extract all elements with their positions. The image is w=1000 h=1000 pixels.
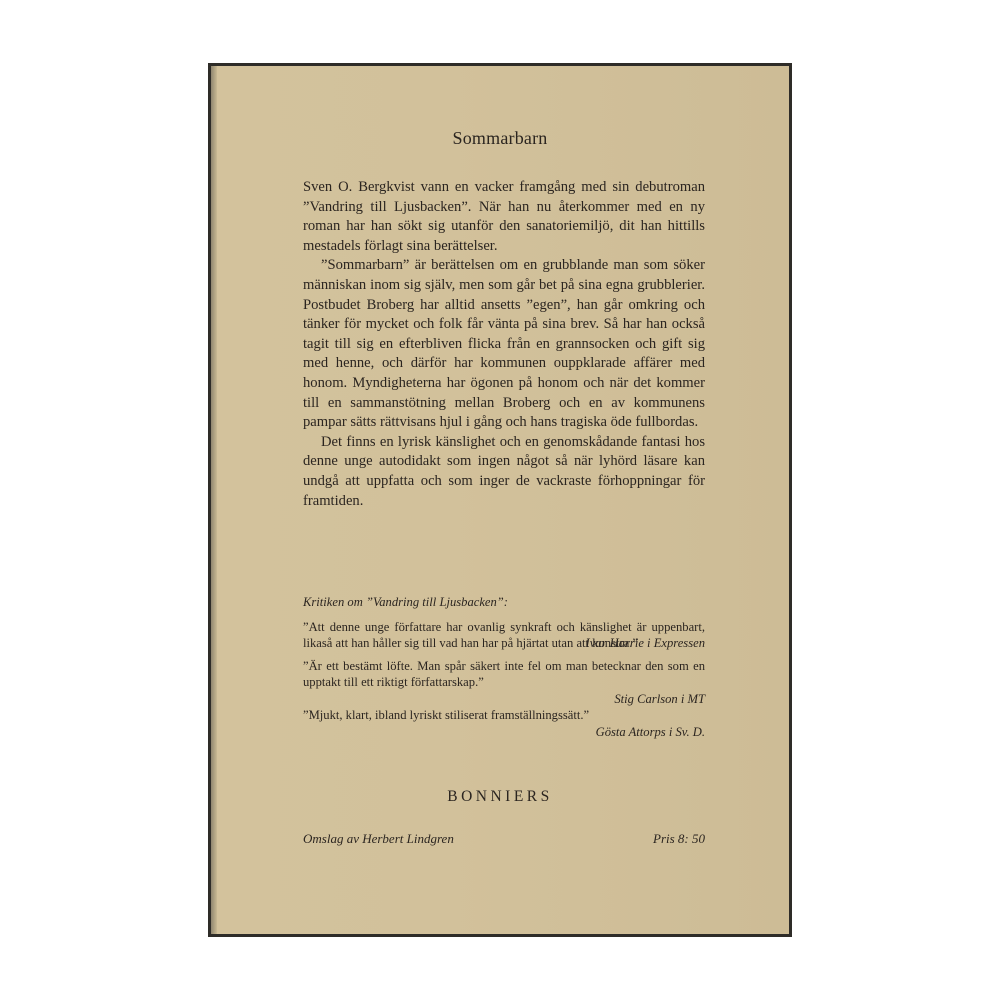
quote-source: Gösta Attorps i Sv. D. — [303, 724, 705, 741]
quote-text: ”Mjukt, klart, ibland lyriskt stiliserat… — [303, 707, 705, 724]
book-title: Sommarbarn — [211, 128, 789, 149]
publisher-name: BONNIERS — [211, 788, 789, 806]
critics-heading: Kritiken om ”Vandring till Ljusbacken”: — [303, 594, 705, 611]
book-back-cover: Sommarbarn Sven O. Bergkvist vann en vac… — [208, 63, 792, 937]
critic-quote: ”Är ett bestämt löfte. Man spår säkert i… — [303, 658, 705, 708]
cover-credit: Omslag av Herbert Lindgren — [303, 831, 454, 847]
quote-source: Stig Carlson i MT — [303, 691, 705, 708]
critic-quote: ”Att denne unge författare har ovanlig s… — [303, 619, 705, 652]
footer: Omslag av Herbert Lindgren Pris 8: 50 — [303, 831, 705, 847]
quote-text: ”Är ett bestämt löfte. Man spår säkert i… — [303, 658, 705, 691]
price: Pris 8: 50 — [653, 831, 705, 847]
critics-section: Kritiken om ”Vandring till Ljusbacken”: … — [303, 594, 705, 740]
critic-quote: ”Mjukt, klart, ibland lyriskt stiliserat… — [303, 707, 705, 740]
blurb-paragraph: ”Sommarbarn” är berättelsen om en grubbl… — [303, 256, 705, 432]
blurb-paragraph: Det finns en lyrisk känslighet och en ge… — [303, 433, 705, 511]
blurb-paragraph: Sven O. Bergkvist vann en vacker framgån… — [303, 178, 705, 256]
blurb: Sven O. Bergkvist vann en vacker framgån… — [303, 178, 705, 511]
